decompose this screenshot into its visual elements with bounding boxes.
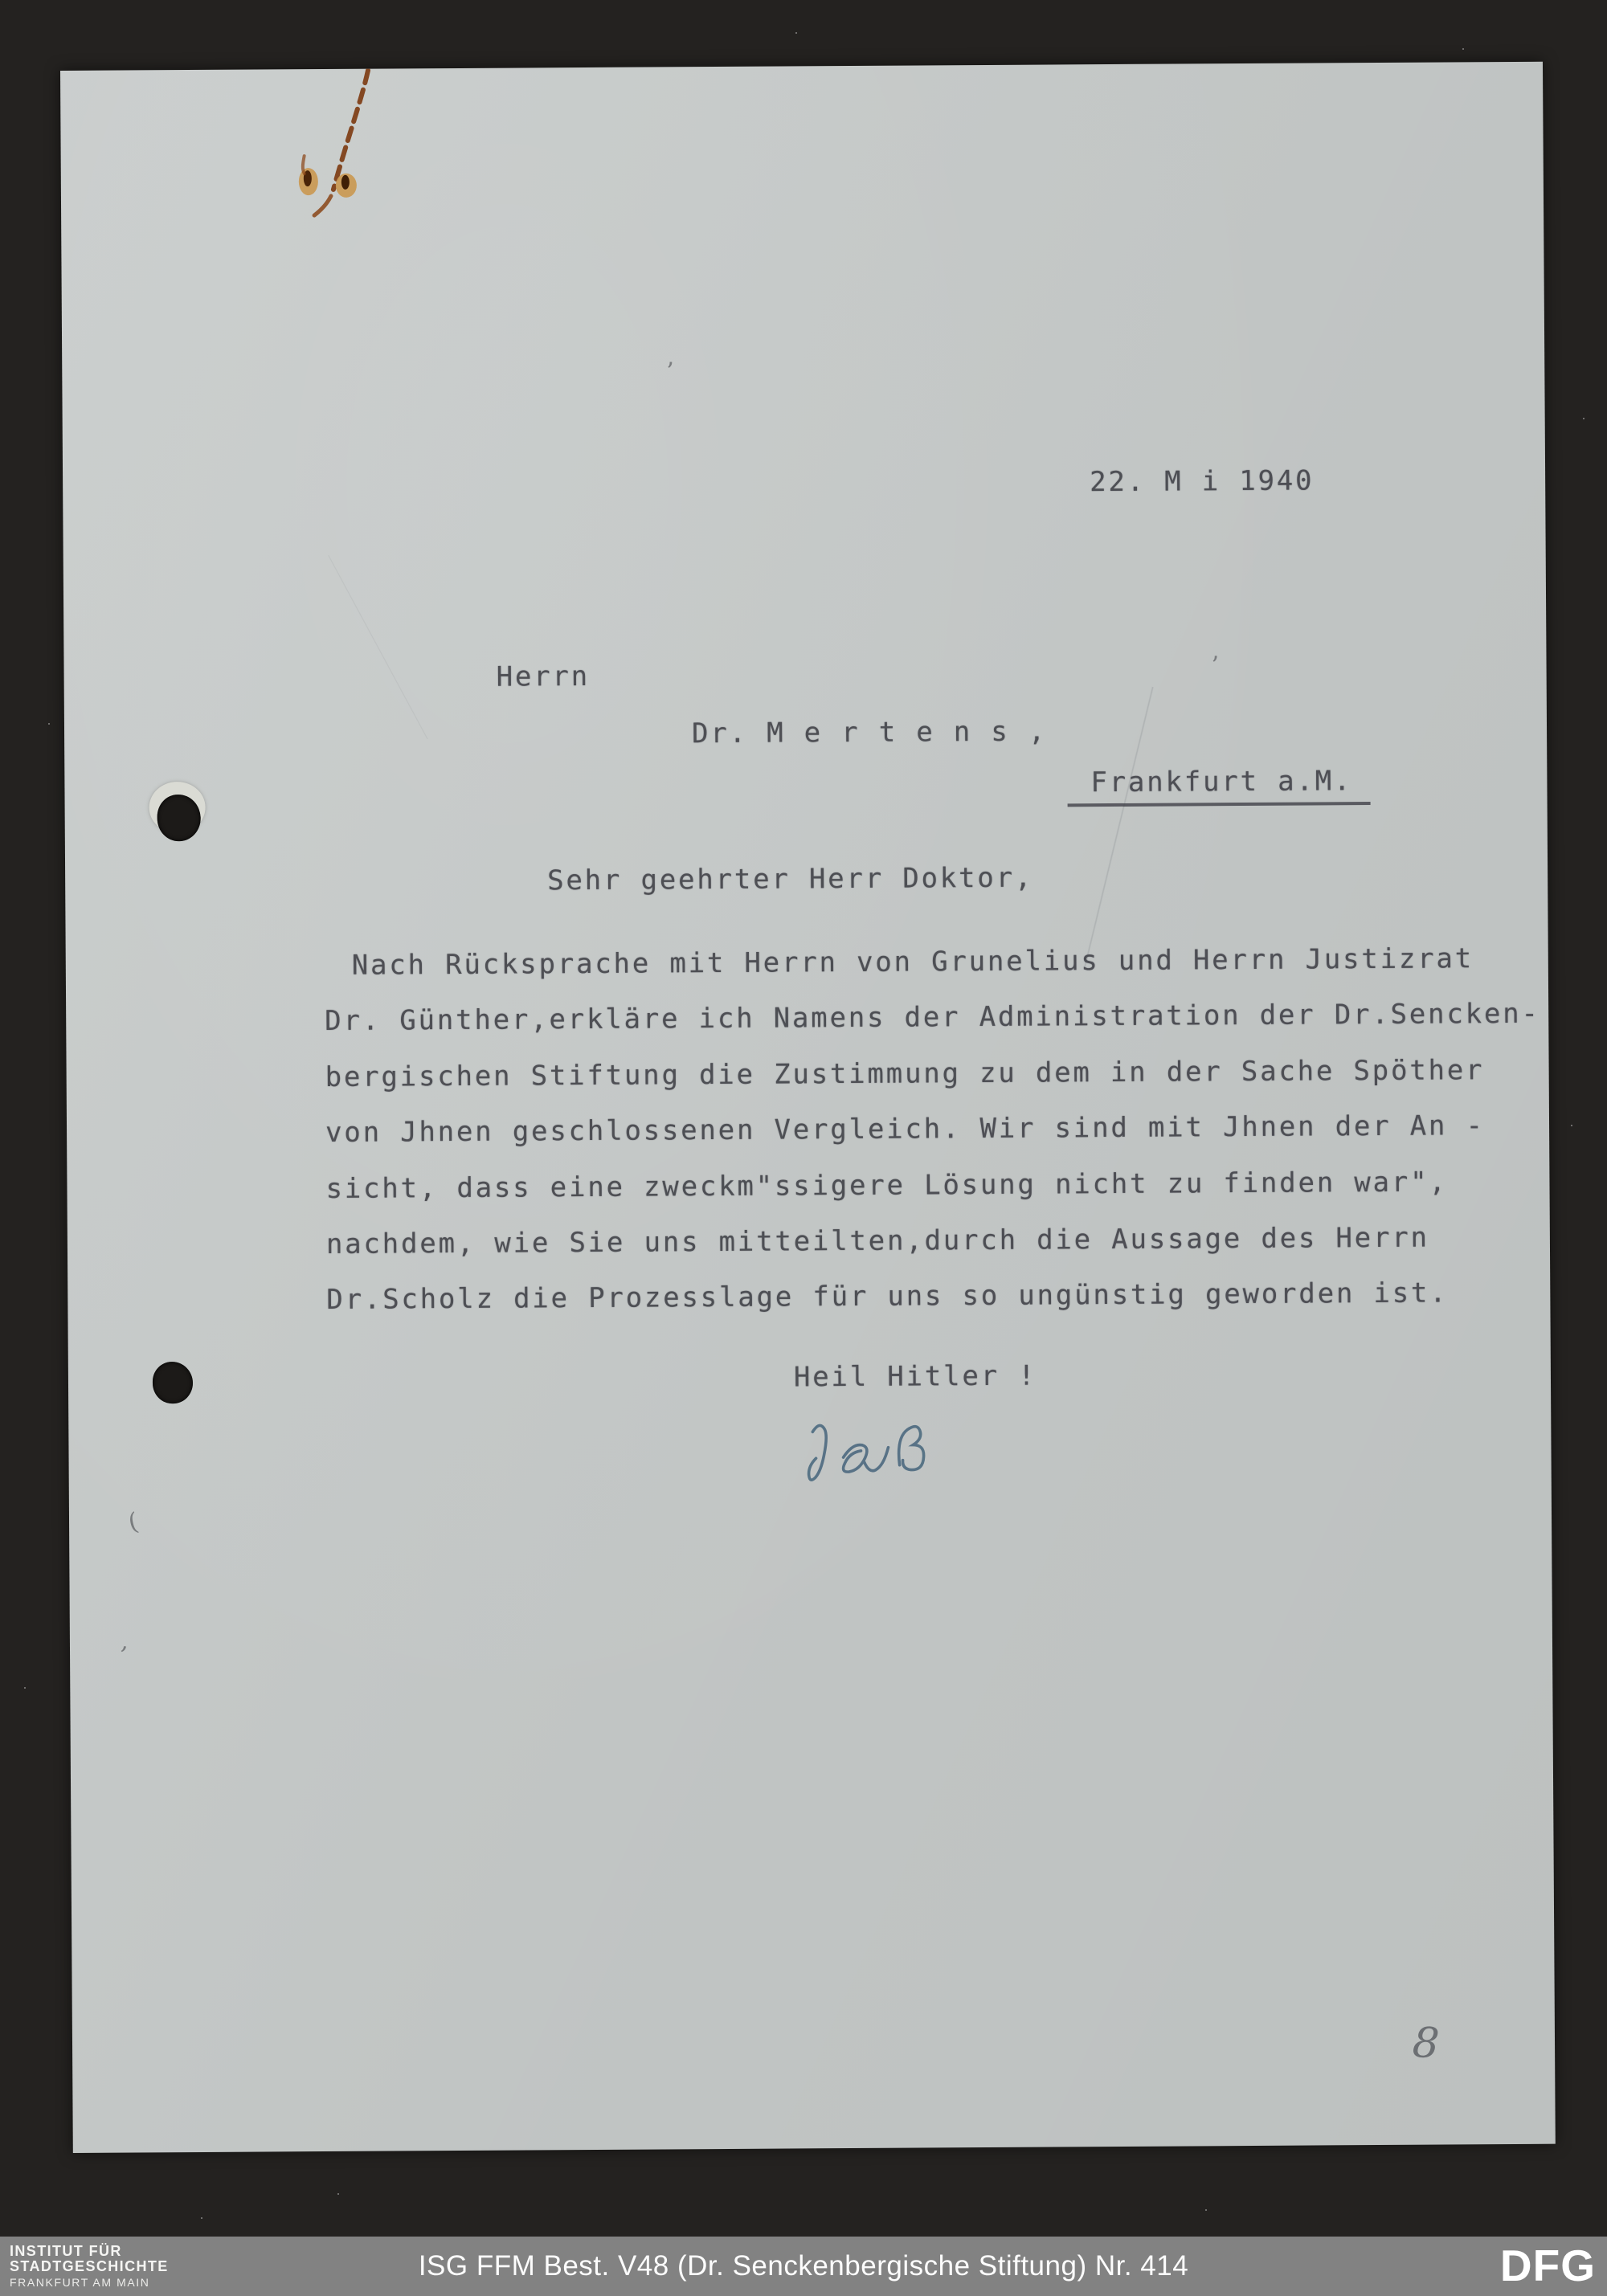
body-line: Dr. Günther,erkläre ich Namens der Admin… [325,998,1540,1061]
recipient-city: Frankfurt a.M. [1090,765,1352,799]
handwritten-signature [801,1408,947,1497]
body-line: von Jhnen geschlossenen Vergleich. Wir s… [325,1109,1541,1173]
closing-heil-hitler: Heil Hitler ! [794,1360,1037,1394]
paper-crease [328,555,428,740]
pencil-mark: ’ [1211,652,1219,680]
body-line: sicht, dass eine zweckm"ssigere Lösung n… [325,1165,1541,1228]
pencil-mark: ’ [666,357,674,386]
pencil-mark: ( [125,1508,141,1538]
pencil-mark: ‚ [120,1627,131,1656]
recipient-city-underlined: Frankfurt a.M. [1067,765,1370,807]
punch-hole-opening [157,795,201,841]
body-line: bergischen Stiftung die Zustimmung zu de… [325,1054,1541,1117]
paper-crease [1083,687,1154,969]
scan-viewer-background: ( ‚ ’ ’ 22. M i 1940 Herrn Dr. M e r t e… [0,0,1607,2296]
rust-stain [233,68,403,238]
archive-reference: ISG FFM Best. V48 (Dr. Senckenbergische … [0,2250,1607,2282]
recipient-name: Dr. M e r t e n s , [692,716,1047,750]
body-line: nachdem, wie Sie uns mitteilten,durch di… [326,1221,1542,1285]
handwritten-page-number: 8 [1411,2019,1441,2069]
punch-hole-opening [153,1362,193,1403]
body-line: Nach Rücksprache mit Herrn von Grunelius… [325,942,1540,1006]
recipient-line-herrn: Herrn [496,660,590,693]
letter-page: ( ‚ ’ ’ 22. M i 1940 Herrn Dr. M e r t e… [60,62,1556,2153]
archive-footer-bar: INSTITUT FÜR STADTGESCHICHTE FRANKFURT A… [0,2237,1607,2296]
salutation: Sehr geehrter Herr Doktor, [547,862,1033,897]
body-line: Dr.Scholz die Prozesslage für uns so ung… [326,1277,1542,1340]
dfg-logo: DFG [1500,2240,1596,2291]
letter-date: 22. M i 1940 [1090,464,1314,498]
letter-body: Nach Rücksprache mit Herrn von Grunelius… [325,942,1542,1340]
